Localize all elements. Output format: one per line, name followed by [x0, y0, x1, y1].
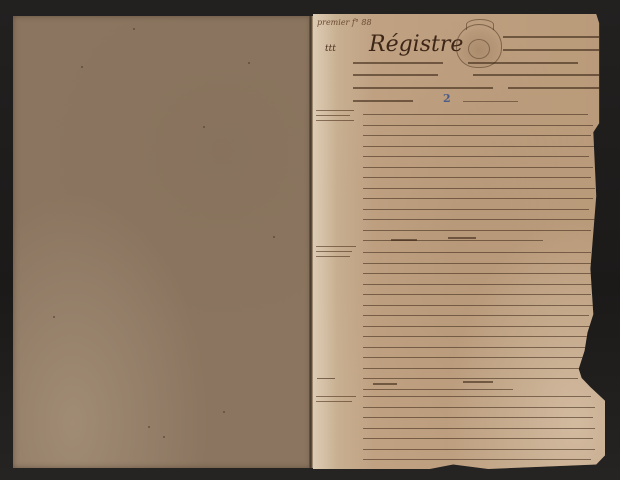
margin-note-entry-1 [316, 106, 361, 125]
speck [248, 62, 250, 64]
left-cover-board [13, 16, 311, 468]
header-line-5 [353, 96, 413, 105]
speck [273, 236, 275, 238]
entry-3-heading-left [373, 380, 397, 388]
seal-crown [466, 19, 494, 30]
entry-3-heading-right [463, 378, 493, 386]
header-line-1b [503, 45, 599, 54]
margin-mark-top: ttt [325, 44, 336, 54]
seal-center [468, 39, 490, 59]
entry-2-text [363, 246, 595, 393]
header-line-4 [353, 83, 608, 92]
blue-inventory-stamp: 2 [443, 92, 451, 105]
speck [148, 426, 150, 428]
entry-3-text [363, 390, 595, 474]
header-line-1 [503, 32, 599, 41]
date-line [463, 98, 518, 105]
entry-2-heading-left [391, 236, 417, 244]
speck [133, 28, 135, 30]
register-title: Régistre [369, 32, 463, 57]
right-manuscript-page: premier f° 88 ttt Régistre 2 [313, 14, 605, 469]
margin-note-entry-2 [316, 242, 361, 261]
entry-1-text [363, 108, 595, 245]
speck [53, 316, 55, 318]
header-line-3 [353, 70, 608, 79]
margin-mark-entry-3 [317, 374, 335, 384]
entry-2-heading-right [448, 234, 476, 242]
header-line-2 [353, 58, 578, 67]
book-spine [309, 16, 313, 468]
speck [81, 66, 83, 68]
speck [223, 411, 225, 413]
speck [163, 436, 165, 438]
folio-note: premier f° 88 [317, 18, 372, 27]
speck [203, 126, 205, 128]
margin-note-entry-3 [316, 392, 361, 406]
